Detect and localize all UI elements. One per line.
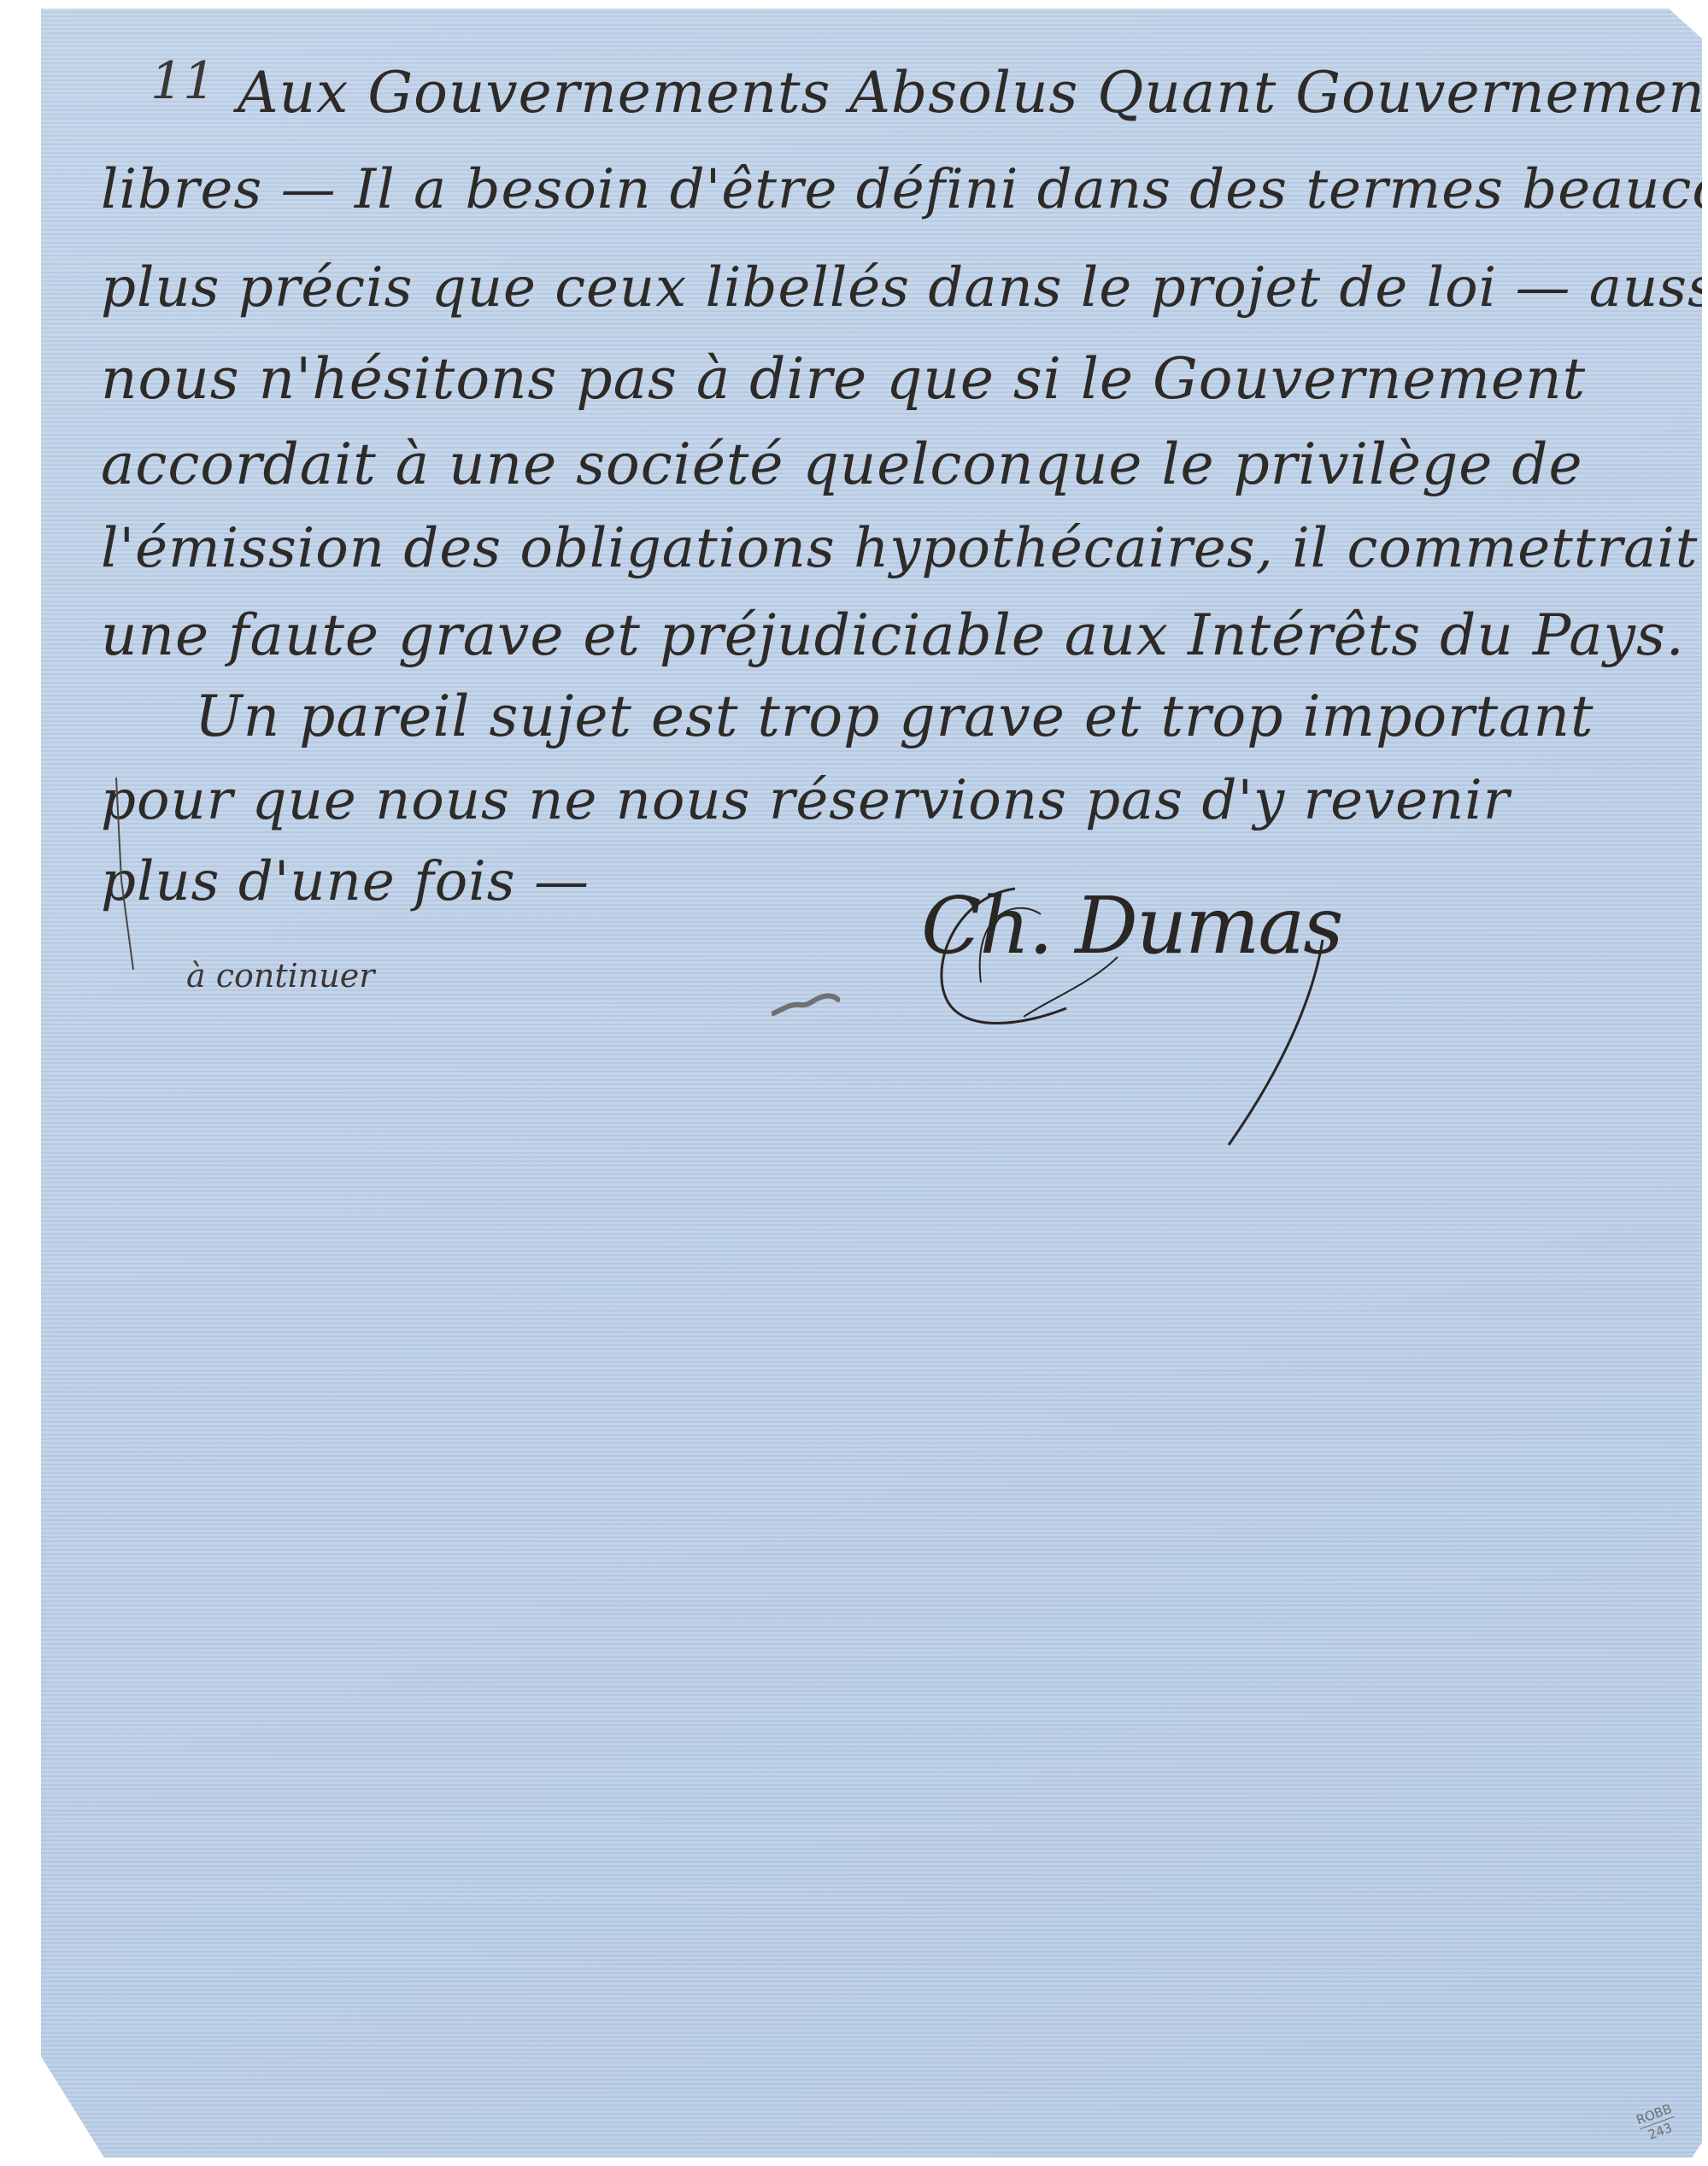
text-line-3: plus précis que ceux libellés dans le pr… [101,256,1708,320]
text-line-7: une faute grave et préjudiciable aux Int… [101,602,1685,668]
text-line-6: l'émission des obligations hypothécaires… [101,517,1699,580]
page-number: 11 [150,51,215,111]
archive-mark: ROBB 243 [1635,2101,1681,2145]
text-line-5: accordait à une société quelconque le pr… [101,431,1583,497]
letter-page: 11 Aux Gouvernements Absolus Quant Gouve… [41,9,1702,2157]
margin-note: à continuer [186,957,374,995]
text-line-9: pour que nous ne nous réservions pas d'y… [101,769,1510,832]
text-line-2: libres — Il a besoin d'être défini dans … [101,158,1708,221]
signature: Ch. Dumas [921,880,1341,971]
margin-stroke-mark [109,778,161,974]
ink-blot [772,991,840,1017]
text-line-4: nous n'hésitons pas à dire que si le Gou… [101,346,1586,412]
text-line-1: Aux Gouvernements Absolus Quant Gouverne… [238,60,1708,126]
text-line-8: Un pareil sujet est trop grave et trop i… [195,684,1594,749]
text-line-10: plus d'une fois — [101,850,590,913]
